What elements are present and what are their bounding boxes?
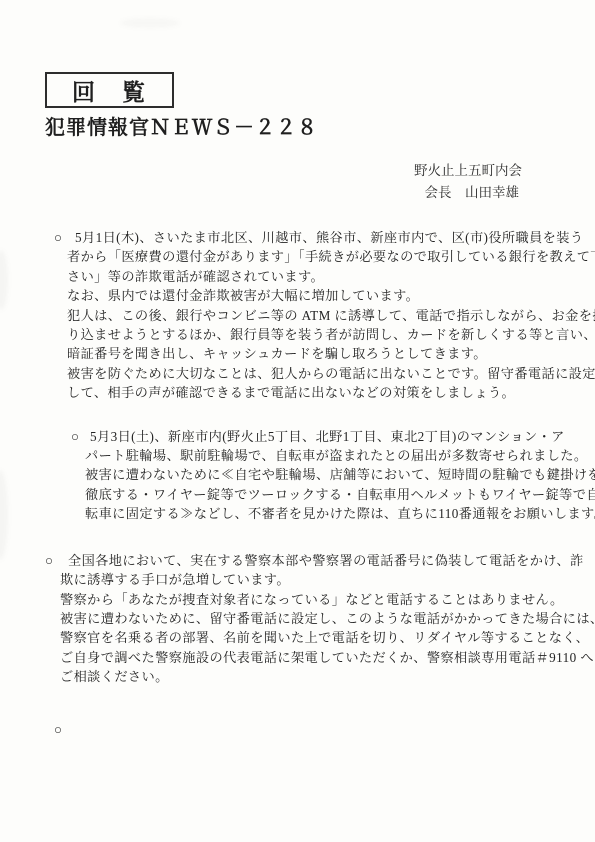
- body-line: 5月1日(木)、さいたま市北区、川越市、熊谷市、新座市内で、区(市)役所職員を装…: [67, 228, 555, 247]
- bullet-marker: ○: [54, 228, 62, 247]
- bullet-marker: ○: [71, 427, 79, 446]
- bullet-marker: ○: [54, 720, 62, 739]
- body-line: り込ませようとするほか、銀行員等を装う者が訪問し、カードを新しくする等と言い、: [67, 325, 555, 344]
- body-line: 犯人は、この後、銀行やコンビニ等の ATM に誘導して、電話で指示しながら、お金…: [67, 306, 555, 325]
- body-line: 被害に遭わないために、留守番電話に設定し、このような電話がかかってきた場合には、: [60, 609, 565, 628]
- scan-artifact: [120, 18, 180, 28]
- document-body: ○ 5月1日(木)、さいたま市北区、川越市、熊谷市、新座市内で、区(市)役所職員…: [0, 228, 595, 739]
- circulation-stamp-label: 回 覧: [72, 74, 147, 107]
- body-line: 5月3日(土)、新座市内(野火止5丁目、北野1丁目、東北2丁目)のマンション・ア: [85, 427, 565, 446]
- issuer-chairman: 会長 山田幸雄: [414, 182, 519, 204]
- notice-item-scam-calls: ○ 5月1日(木)、さいたま市北区、川越市、熊谷市、新座市内で、区(市)役所職員…: [67, 228, 555, 403]
- body-line: 者から「医療費の還付金があります」「手続きが必要なので取引している銀行を教えて下: [67, 247, 555, 266]
- body-line: 警察官を名乗る者の部署、名前を聞いた上で電話を切り、リダイヤル等することなく、: [60, 628, 565, 647]
- body-line: パート駐輪場、駅前駐輪場で、自転車が盗まれたとの届出が多数寄せられました。: [85, 446, 565, 465]
- body-line: 警察から「あなたが捜査対象者になっている」などと電話することはありません。: [60, 590, 565, 609]
- bullet-marker: ○: [45, 551, 53, 570]
- body-line: 暗証番号を聞き出し、キャッシュカードを騙し取ろうとしてきます。: [67, 344, 555, 363]
- body-line: ご自身で調べた警察施設の代表電話に架電していただくか、警察相談専用電話＃9110…: [60, 648, 565, 667]
- body-line: ご相談ください。: [60, 667, 565, 686]
- newsletter-title: 犯罪情報官ＮＥＷＳ－２２８: [45, 111, 318, 140]
- body-line: 被害を防ぐために大切なことは、犯人からの電話に出ないことです。留守番電話に設定: [67, 364, 555, 383]
- issuer-block: 野火止上五町内会 会長 山田幸雄: [414, 160, 522, 204]
- body-line: 全国各地において、実在する警察本部や警察署の電話番号に偽装して電話をかけ、詐: [60, 551, 565, 570]
- scanned-document-page: 回 覧 犯罪情報官ＮＥＷＳ－２２８ 野火止上五町内会 会長 山田幸雄 ○ 5月1…: [0, 0, 595, 842]
- body-line: して、相手の声が確認できるまで電話に出ないなどの対策をしましょう。: [67, 383, 555, 402]
- body-line: なお、県内では還付金詐欺被害が大幅に増加しています。: [67, 286, 555, 305]
- notice-item-bicycle-theft: ○ 5月3日(土)、新座市内(野火止5丁目、北野1丁目、東北2丁目)のマンション…: [85, 427, 565, 524]
- body-line: 欺に誘導する手口が急増しています。: [60, 570, 565, 589]
- notice-item-empty: ○: [67, 720, 595, 739]
- body-line: 徹底する・ワイヤー錠等でツーロックする・自転車用ヘルメットもワイヤー錠等で自: [85, 485, 565, 504]
- issuer-organization: 野火止上五町内会: [414, 160, 522, 182]
- body-line: 転車に固定する≫などし、不審者を見かけた際は、直ちに110番通報をお願いします。: [85, 504, 565, 523]
- body-line: 被害に遭わないために≪自宅や駐輪場、店舗等において、短時間の駐輪でも鍵掛けを: [85, 465, 565, 484]
- notice-item-police-spoofing: ○ 全国各地において、実在する警察本部や警察署の電話番号に偽装して電話をかけ、詐…: [60, 551, 565, 687]
- body-line: さい」等の詐欺電話が確認されています。: [67, 267, 555, 286]
- circulation-stamp: 回 覧: [45, 72, 174, 108]
